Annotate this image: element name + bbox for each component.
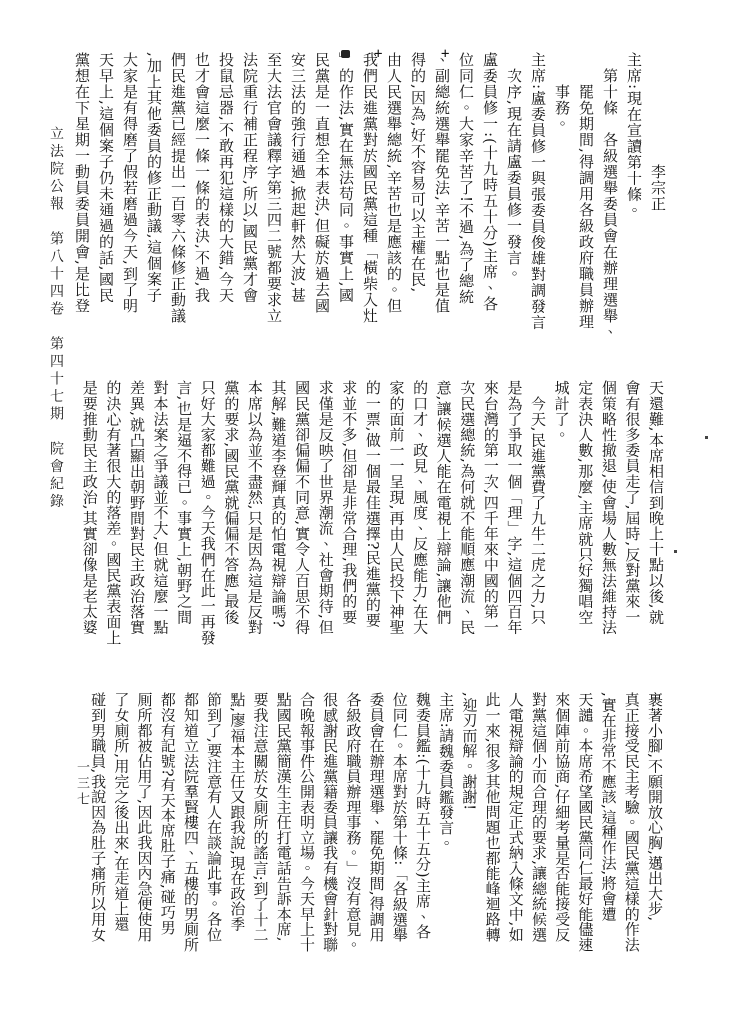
text-column: 意,讓候選人能在電視上辯論,讓他們 <box>431 380 455 656</box>
text-column: 其解,難道李登輝真的怕電視辯論嗎? <box>266 380 290 656</box>
text-column: 差異,就凸顯出朝野間對民主政治落實 <box>124 380 148 656</box>
text-column: 次序,現在請盧委員修一發言。 <box>502 52 526 354</box>
registration-cross-mark: + <box>441 47 449 61</box>
text-column: 的一票,做一個最佳選擇?民進黨的要 <box>360 380 384 656</box>
text-column: 點國民黨簡漢生主任打電話告訴本席, <box>272 692 295 974</box>
text-column: 是為了爭取一個「理」字,這個四百年 <box>502 380 526 656</box>
ink-speck <box>705 436 708 439</box>
ink-speck <box>341 50 350 58</box>
text-band-bottom: 裹著小腳,不願開放心胸,邁出大步,真正接受民主考驗。國民黨這樣的作法,實在非常不… <box>86 692 666 974</box>
publication-title: 立法院公報 第八十四卷 第四十七期 院會紀錄 <box>46 126 66 471</box>
text-column: 得的,因為,好不容易可以主權在民, <box>406 52 430 354</box>
text-column: 大家是有得磨了假若磨過今天,到了明 <box>118 52 142 354</box>
text-column: 安三法的強行通過,掀起軒然大波,甚 <box>286 52 310 354</box>
text-column: 由人民選舉總統,辛苦也是應該的。但 <box>382 52 406 354</box>
text-column: 天還難,本席相信到晚上十點以後,就 <box>643 380 667 656</box>
text-column: 都知道立法院羣賢樓四、五樓的男廁所 <box>179 692 202 974</box>
text-column: 黨的要求,國民黨就偏偏不答應,最後 <box>219 380 243 656</box>
text-column: 天譴。本席希望國民黨同仁最好能儘速 <box>573 692 596 974</box>
text-column: 、副總統選舉罷免法,辛苦一點也是值 <box>430 52 454 354</box>
text-column: 盧委員修一:(十九時五十分)主席、各 <box>478 52 502 354</box>
text-column: 我們民進黨對於國民黨這種「橫柴入灶 <box>358 52 382 354</box>
text-column: 人電視辯論的規定正式納入條文中,如 <box>504 692 527 974</box>
text-column: 都沒有記號?有天本席肚子痛,碰巧男 <box>156 692 179 974</box>
text-column: 求並不多,但卻是非常合理,我們的要 <box>337 380 361 656</box>
text-column: 至大法官會議釋字第三四二號都要求立 <box>262 52 286 354</box>
text-column: 的口才、政見、風度、反應能力,在大 <box>407 380 431 656</box>
ink-speck <box>674 550 677 553</box>
text-column: 各級政府職員辦理事務。」沒有意見。 <box>341 692 364 974</box>
text-column: 來台灣的第一次,四千年來中國的第一 <box>478 380 502 656</box>
text-column: 今天,民進黨費了九牛二虎之力,只 <box>525 380 549 656</box>
text-column: ,迎刃而解。謝謝! <box>457 692 480 974</box>
text-column: 次民選總統,為何就不能順應潮流、民 <box>455 380 479 656</box>
text-column: 投鼠忌器,不敢再犯這樣的大錯,今天 <box>214 52 238 354</box>
gazette-scan-page: 立法院公報 第八十四卷 第四十七期 院會紀錄 一三七 李宗正主席:現在宣讀第十條… <box>0 0 742 1024</box>
text-column: 本席以為並不盡然,只是因為這是反對 <box>242 380 266 656</box>
text-column: 主席:盧委員修一與張委員俊雄對調發言 <box>526 52 550 354</box>
text-column: 主席:現在宣讀第十條。 <box>622 52 646 354</box>
text-column: 民黨是一直想全本表決,但礙於過去國 <box>310 52 334 354</box>
text-column: 」的作法,實在無法苟同。事實上,國 <box>334 52 358 354</box>
text-column: 合晚報事件公開表明立場。今天早上十 <box>295 692 318 974</box>
text-column: 李宗正 <box>646 52 670 354</box>
text-column: 事務。 <box>550 52 574 354</box>
text-column: 委員會在辦理選舉、罷免期間,得調用 <box>364 692 387 974</box>
text-column: 第十條 各級選舉委員會在辦理選舉、 <box>598 52 622 354</box>
text-column: 真正接受民主考驗。國民黨這樣的作法 <box>620 692 643 974</box>
text-column: 來個陣前協商,仔細考量是否能接受反 <box>550 692 573 974</box>
text-band-middle: 天還難,本席相信到晚上十點以後,就會有很多委員走了,屆時,反對黨來一個策略性撤退… <box>77 380 667 656</box>
text-column: 位同仁。本席對於第十條:「各級選舉 <box>388 692 411 974</box>
text-column: 主席:請魏委員鑑發言。 <box>434 692 457 974</box>
text-column: 們民進黨已經提出一百零六條修正動議 <box>166 52 190 354</box>
text-column: 厠所都被佔用了,因此我因內急便使用 <box>132 692 155 974</box>
text-column: 魏委員鑑:(十九時五十五分)主席、各 <box>411 692 434 974</box>
text-column: 點,廖福本主任又跟我說,現在政治季 <box>225 692 248 974</box>
text-column: 此一來,很多其他問題也都能峰迴路轉 <box>480 692 503 974</box>
text-column: 家的面前一一呈現,再由人民投下神聖 <box>384 380 408 656</box>
text-column: 節到了,要注意有人在談論此事。各位 <box>202 692 225 974</box>
text-column: 罷免期間,得調用各級政府職員辦理 <box>574 52 598 354</box>
text-column: 碰到男職員,我說因為肚子痛所以用女 <box>86 692 109 974</box>
text-column: 言,也是逼不得已。事實上,朝野之間 <box>172 380 196 656</box>
text-column: 對黨這個小而合理的要求,讓總統候選 <box>527 692 550 974</box>
text-column: 很感謝民進黨籍委員讓我有機會針對聯 <box>318 692 341 974</box>
text-column: 要我注意關於女廁所的謠言;到了十二 <box>248 692 271 974</box>
text-band-top: 李宗正主席:現在宣讀第十條。 第十條 各級選舉委員會在辦理選舉、 罷免期間,得調… <box>70 52 670 354</box>
text-column: 個策略性撤退,使會場人數無法維持法 <box>596 380 620 656</box>
text-column: ,加上其他委員的修正動議,這個案子 <box>142 52 166 354</box>
text-column: 裹著小腳,不願開放心胸,邁出大步, <box>643 692 666 974</box>
text-column: 城計了。 <box>549 380 573 656</box>
text-column: 法院重行補正程序,所以,國民黨才會 <box>238 52 262 354</box>
text-column: 國民黨卻偏偏不同意,實令人百思不得 <box>290 380 314 656</box>
registration-cross-mark: + <box>374 47 382 61</box>
text-column: 天早上,這個案子仍未通過的話,國民 <box>94 52 118 354</box>
text-column: 會有很多委員走了,屆時,反對黨來一 <box>620 380 644 656</box>
text-column: 也才會這麼一條一條的表決,不過,我 <box>190 52 214 354</box>
text-column: 了女廁所,用完之後出來,在走道上還 <box>109 692 132 974</box>
text-column: 定表決人數,那麼,主席就只好獨唱空 <box>573 380 597 656</box>
text-column: 對本法案之爭議並不大,但就這麼一點 <box>148 380 172 656</box>
text-column: 求僅是反映了世界潮流、社會期待,但 <box>313 380 337 656</box>
text-column: 的決心有著很大的落差。國民黨表面上 <box>101 380 125 656</box>
text-column: 位同仁。大家辛苦了!不過,為了總統 <box>454 52 478 354</box>
text-column: 是要推動民主政治,其實卻像是老太婆 <box>77 380 101 656</box>
text-column: ,實在非常不應該,這種作法,將會遭 <box>596 692 619 974</box>
text-column: 黨想在下星期一動員委員開會,是比登 <box>70 52 94 354</box>
text-column: 只好大家都難過。今天我們在此一再發 <box>195 380 219 656</box>
